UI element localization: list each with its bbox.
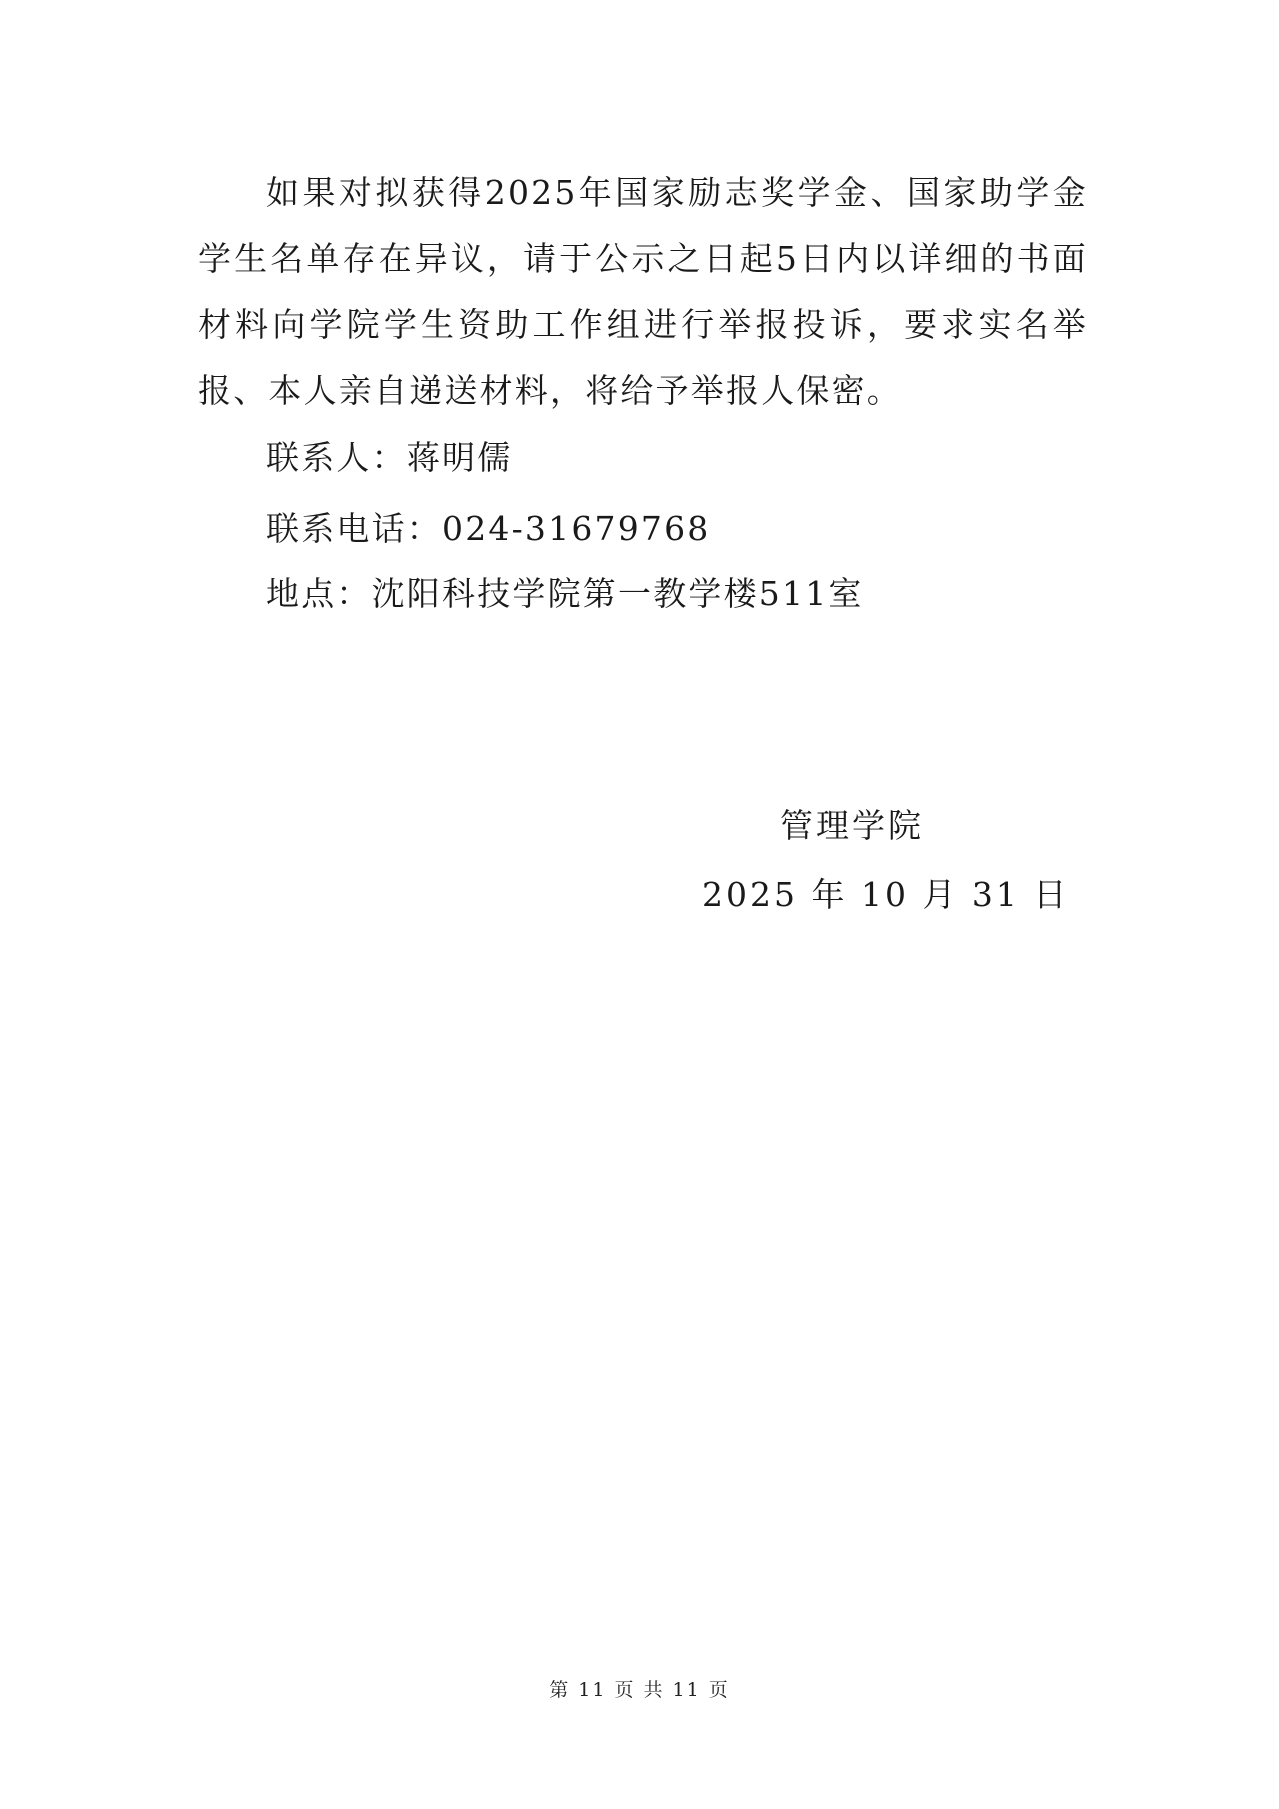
signature-department: 管理学院 (780, 806, 924, 846)
notice-body: 如果对拟获得2025年国家励志奖学金、国家助学金学生名单存在异议，请于公示之日起… (198, 160, 1088, 424)
contact-phone: 联系电话：024-31679768 (266, 509, 711, 549)
signature-date: 2025 年 10 月 31 日 (702, 875, 1069, 915)
contact-person: 联系人：蒋明儒 (266, 438, 512, 478)
page-footer: 第 11 页 共 11 页 (0, 1675, 1279, 1702)
objection-paragraph: 如果对拟获得2025年国家励志奖学金、国家助学金学生名单存在异议，请于公示之日起… (198, 160, 1088, 424)
document-page: 如果对拟获得2025年国家励志奖学金、国家助学金学生名单存在异议，请于公示之日起… (0, 0, 1279, 1809)
location: 地点：沈阳科技学院第一教学楼511室 (266, 574, 864, 614)
